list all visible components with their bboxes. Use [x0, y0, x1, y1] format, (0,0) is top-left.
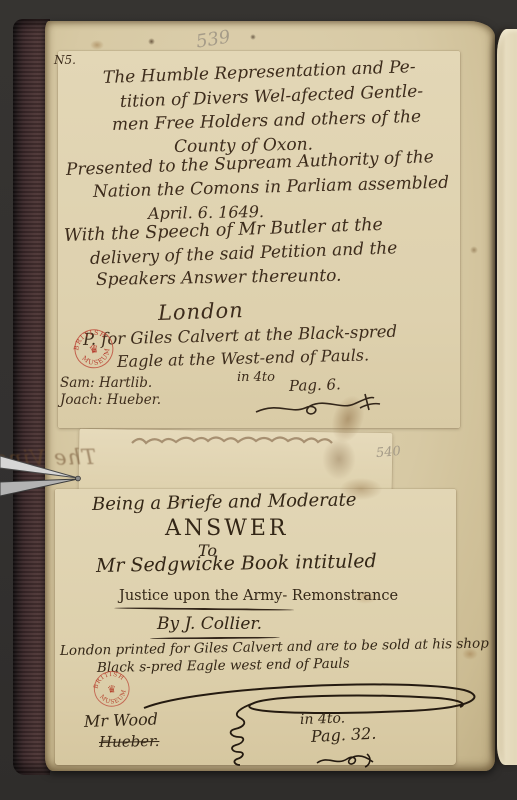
entry1-imprint-place: London [158, 300, 244, 324]
manuscript-photo: 539 540 N5. The Humble Representation an… [0, 0, 517, 800]
entry2-owner-wood: Mr Wood [84, 711, 158, 730]
entry2-author: By J. Collier. [157, 616, 262, 633]
next-page-edge [497, 29, 517, 765]
shelfmark: N5. [54, 54, 76, 66]
entry2-title-line: Being a Briefe and Moderate [92, 491, 357, 514]
entry1-end-flourish [253, 392, 381, 420]
entry1-owner-hueber: Joach: Hueber. [60, 394, 161, 408]
entry2-spiral-flourish [108, 678, 490, 773]
entry2-title-answer: ANSWER [165, 518, 288, 540]
entry2-end-flourish [315, 750, 379, 770]
entry2-pagination: Pag. 32. [311, 726, 377, 745]
entry2-title-line: Justice upon the Army- Remonstrance [119, 589, 398, 604]
bleedthrough-partial-line [128, 433, 368, 447]
folio-number-right: 540 [375, 444, 401, 461]
entry1-title-line: Speakers Answer thereunto. [96, 268, 342, 289]
page-holder-clip [0, 448, 86, 506]
entry2-title-line: Mr Sedgwicke Book intituled [96, 552, 377, 576]
entry1-format: in 4to [237, 371, 275, 384]
entry2-owner-hueber: Hueber. [99, 734, 160, 750]
crown-icon: ♛ [88, 342, 101, 357]
entry1-owner-hartlib: Sam: Hartlib. [60, 377, 152, 391]
